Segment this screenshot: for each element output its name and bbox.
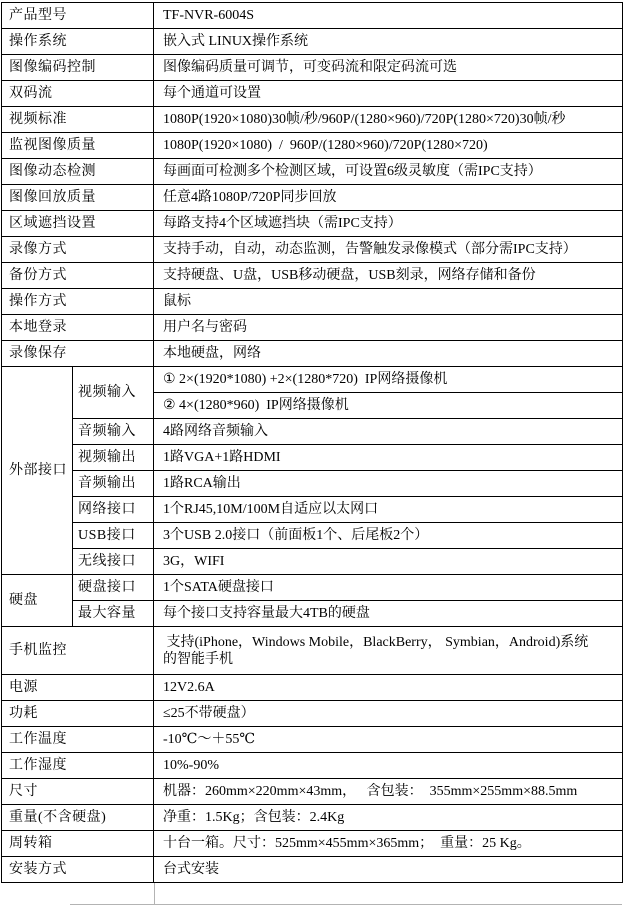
row-label: 操作系统 [2,29,154,55]
table-row: 双码流 每个通道可设置 [2,81,623,107]
table-row: 备份方式 支持硬盘、U盘，USB移动硬盘，USB刻录，网络存储和备份 [2,263,623,289]
table-row: 视频输出 1路VGA+1路HDMI [2,445,623,471]
table-row: 电源 12V2.6A [2,675,623,701]
table-row: 功耗 ≤25不带硬盘） [2,701,623,727]
partial-row-bottom-border [70,904,622,905]
row-label: 工作温度 [2,727,154,753]
row-value: 鼠标 [154,289,623,315]
row-label: 双码流 [2,81,154,107]
row-value: 1080P(1920×1080)30帧/秒/960P/(1280×960)/72… [154,107,623,133]
table-row: 图像动态检测 每画面可检测多个检测区域，可设置6级灵敏度（需IPC支持） [2,159,623,185]
table-row: USB接口 3个USB 2.0接口（前面板1个、后尾板2个） [2,523,623,549]
row-value: 台式安装 [154,857,623,883]
row-value: -10℃～＋55℃ [154,727,623,753]
row-value: 每画面可检测多个检测区域，可设置6级灵敏度（需IPC支持） [154,159,623,185]
table-row: 音频输入 4路网络音频输入 [2,419,623,445]
row-label: 图像编码控制 [2,55,154,81]
row-label: 区域遮挡设置 [2,211,154,237]
row-label: 功耗 [2,701,154,727]
table-row: 硬盘 硬盘接口 1个SATA硬盘接口 [2,575,623,601]
row-label: 本地登录 [2,315,154,341]
row-label: 视频输入 [73,367,154,419]
row-label: 音频输入 [73,419,154,445]
row-value: 图像编码质量可调节，可变码流和限定码流可选 [154,55,623,81]
table-row: 产品型号 TF-NVR-6004S [2,3,623,29]
row-label: 最大容量 [73,601,154,627]
group-label-hdd: 硬盘 [2,575,73,627]
row-label: 图像动态检测 [2,159,154,185]
row-value: 支持硬盘、U盘，USB移动硬盘，USB刻录，网络存储和备份 [154,263,623,289]
table-row: 安装方式 台式安装 [2,857,623,883]
row-value: 十台一箱。尺寸：525mm×455mm×365mm； 重量：25 Kg。 [154,831,623,857]
row-label: USB接口 [73,523,154,549]
row-label: 产品型号 [2,3,154,29]
row-value: 10%-90% [154,753,623,779]
row-value: 1路RCA输出 [154,471,623,497]
table-row: 工作温度 -10℃～＋55℃ [2,727,623,753]
row-label: 视频标准 [2,107,154,133]
row-value: 1路VGA+1路HDMI [154,445,623,471]
row-value: TF-NVR-6004S [154,3,623,29]
row-label: 视频输出 [73,445,154,471]
row-value: 4路网络音频输入 [154,419,623,445]
table-row: 录像方式 支持手动，自动，动态监测，告警触发录像模式（部分需IPC支持） [2,237,623,263]
row-label: 工作湿度 [2,753,154,779]
table-row: 最大容量 每个接口支持容量最大4TB的硬盘 [2,601,623,627]
row-value: 3个USB 2.0接口（前面板1个、后尾板2个） [154,523,623,549]
row-label: 音频输出 [73,471,154,497]
row-value: 净重：1.5Kg；含包装：2.4Kg [154,805,623,831]
table-row: 区域遮挡设置 每路支持4个区域遮挡块（需IPC支持） [2,211,623,237]
table-row: 操作系统 嵌入式 LINUX操作系统 [2,29,623,55]
row-label: 网络接口 [73,497,154,523]
row-label: 硬盘接口 [73,575,154,601]
table-row: 重量(不含硬盘) 净重：1.5Kg；含包装：2.4Kg [2,805,623,831]
partial-row-column-divider [154,883,155,904]
row-label: 周转箱 [2,831,154,857]
row-value: 机器：260mm×220mm×43mm， 含包装： 355mm×255mm×88… [154,779,623,805]
row-label: 监视图像质量 [2,133,154,159]
row-label: 图像回放质量 [2,185,154,211]
row-value: ① 2×(1920*1080) +2×(1280*720) IP网络摄像机 [154,367,623,393]
row-value: 1个RJ45,10M/100M自适应以太网口 [154,497,623,523]
table-row: 录像保存 本地硬盘，网络 [2,341,623,367]
table-row: 尺寸 机器：260mm×220mm×43mm， 含包装： 355mm×255mm… [2,779,623,805]
table-row: 本地登录 用户名与密码 [2,315,623,341]
table-row: 工作湿度 10%-90% [2,753,623,779]
table-row: 周转箱 十台一箱。尺寸：525mm×455mm×365mm； 重量：25 Kg。 [2,831,623,857]
table-row: 网络接口 1个RJ45,10M/100M自适应以太网口 [2,497,623,523]
spec-table: 产品型号 TF-NVR-6004S 操作系统 嵌入式 LINUX操作系统 图像编… [1,2,623,883]
table-row: 音频输出 1路RCA输出 [2,471,623,497]
partial-next-row [1,883,622,907]
table-row: 图像回放质量 任意4路1080P/720P同步回放 [2,185,623,211]
group-label-external-interface: 外部接口 [2,367,73,575]
table-row: 监视图像质量 1080P(1920×1080) / 960P/(1280×960… [2,133,623,159]
table-row: 手机监控 支持(iPhone，Windows Mobile，BlackBerry… [2,627,623,675]
row-value: 用户名与密码 [154,315,623,341]
row-label: 安装方式 [2,857,154,883]
row-label: 重量(不含硬盘) [2,805,154,831]
table-row: 外部接口 视频输入 ① 2×(1920*1080) +2×(1280*720) … [2,367,623,393]
row-value: 嵌入式 LINUX操作系统 [154,29,623,55]
row-value: 12V2.6A [154,675,623,701]
row-label: 备份方式 [2,263,154,289]
row-value: 本地硬盘，网络 [154,341,623,367]
table-row: 视频标准 1080P(1920×1080)30帧/秒/960P/(1280×96… [2,107,623,133]
table-row: 无线接口 3G，WIFI [2,549,623,575]
row-label: 电源 [2,675,154,701]
row-label: 尺寸 [2,779,154,805]
row-label: 无线接口 [73,549,154,575]
row-value: ≤25不带硬盘） [154,701,623,727]
table-row: 操作方式 鼠标 [2,289,623,315]
row-value: 支持手动，自动，动态监测，告警触发录像模式（部分需IPC支持） [154,237,623,263]
spec-sheet: 产品型号 TF-NVR-6004S 操作系统 嵌入式 LINUX操作系统 图像编… [0,2,626,913]
row-value: 每个通道可设置 [154,81,623,107]
row-label: 手机监控 [2,627,154,675]
row-value: 每路支持4个区域遮挡块（需IPC支持） [154,211,623,237]
row-value: 1080P(1920×1080) / 960P/(1280×960)/720P(… [154,133,623,159]
row-value: ② 4×(1280*960) IP网络摄像机 [154,393,623,419]
row-label: 录像方式 [2,237,154,263]
row-value: 1个SATA硬盘接口 [154,575,623,601]
row-value: 每个接口支持容量最大4TB的硬盘 [154,601,623,627]
row-value: 任意4路1080P/720P同步回放 [154,185,623,211]
row-value: 3G，WIFI [154,549,623,575]
row-value: 支持(iPhone，Windows Mobile，BlackBerry， Sym… [154,627,623,675]
row-label: 操作方式 [2,289,154,315]
table-row: 图像编码控制 图像编码质量可调节，可变码流和限定码流可选 [2,55,623,81]
row-label: 录像保存 [2,341,154,367]
